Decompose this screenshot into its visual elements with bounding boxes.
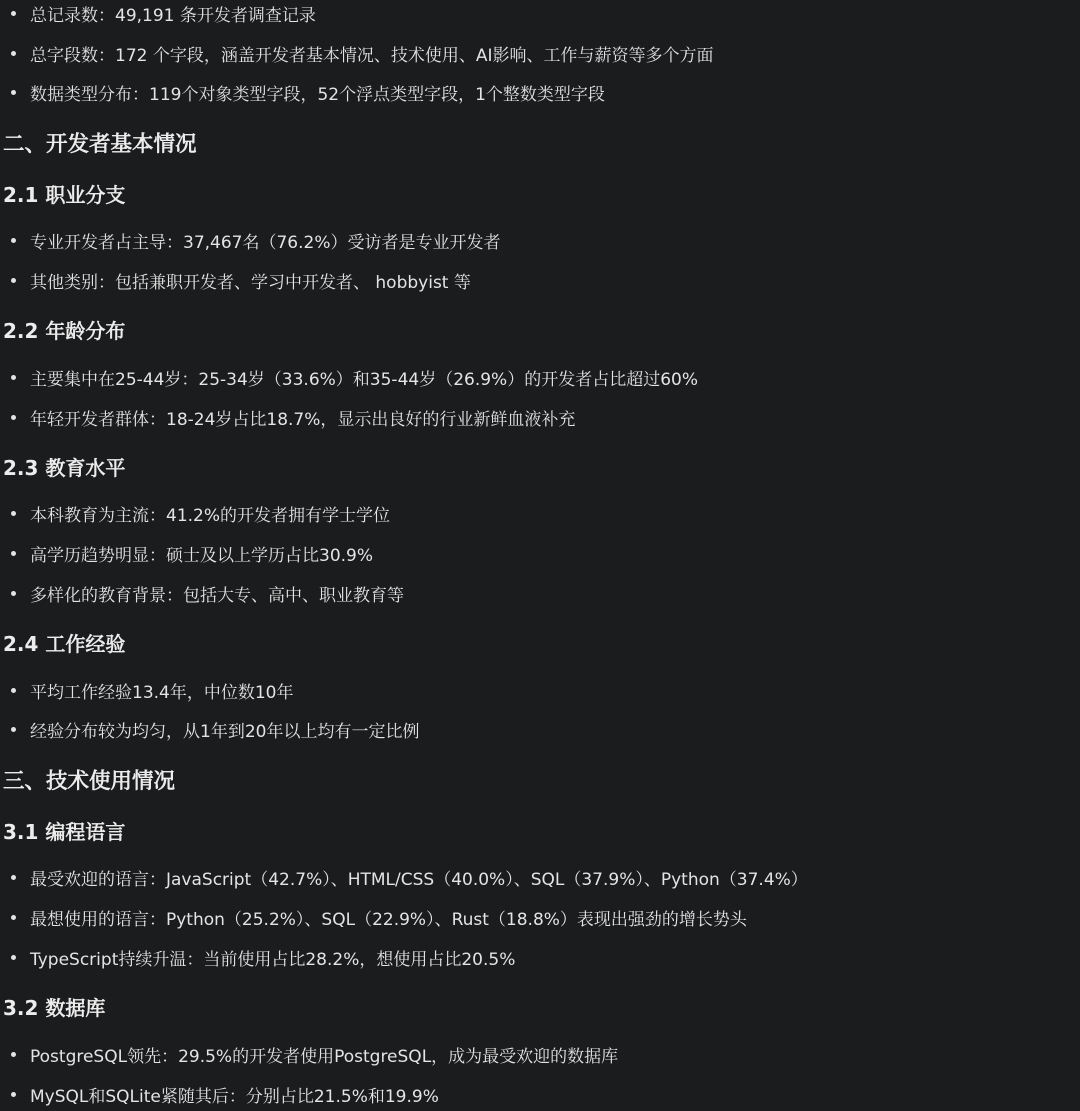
section-heading: 二、开发者基本情况: [3, 127, 197, 158]
list-item-text: 平均工作经验13.4年，中位数10年: [30, 678, 293, 703]
list-item: 高学历趋势明显：硕士及以上学历占比30.9%: [0, 533, 373, 573]
subsection-heading: 2.1 职业分支: [3, 179, 125, 208]
list-item: PostgreSQL领先：29.5%的开发者使用PostgreSQL，成为最受欢…: [0, 1034, 618, 1074]
section-heading: 三、技术使用情况: [3, 764, 175, 795]
list-item: 最受欢迎的语言：JavaScript（42.7%）、HTML/CSS（40.0%…: [0, 857, 808, 897]
list-item: 总记录数：49,191 条开发者调查记录: [0, 0, 316, 33]
bullet-icon: [11, 955, 16, 960]
list-item: 年轻开发者群体：18-24岁占比18.7%，显示出良好的行业新鲜血液补充: [0, 397, 575, 437]
list-item: 数据类型分布：119个对象类型字段，52个浮点类型字段，1个整数类型字段: [0, 72, 605, 112]
subsection-heading: 3.1 编程语言: [3, 816, 125, 845]
list-item-text: 总字段数：172 个字段，涵盖开发者基本情况、技术使用、AI影响、工作与薪资等多…: [30, 41, 714, 66]
bullet-icon: [11, 727, 16, 732]
list-item-text: 多样化的教育背景：包括大专、高中、职业教育等: [30, 581, 404, 606]
list-item: 平均工作经验13.4年，中位数10年: [0, 670, 293, 710]
bullet-icon: [11, 875, 16, 880]
subsection-heading: 3.2 数据库: [3, 992, 105, 1021]
subsection-heading: 2.4 工作经验: [3, 628, 125, 657]
bullet-icon: [11, 238, 16, 243]
bullet-icon: [11, 915, 16, 920]
bullet-icon: [11, 11, 16, 16]
list-item: 经验分布较为均匀，从1年到20年以上均有一定比例: [0, 709, 419, 749]
list-item-text: MySQL和SQLite紧随其后：分别占比21.5%和19.9%: [30, 1082, 439, 1107]
list-item: TypeScript持续升温：当前使用占比28.2%，想使用占比20.5%: [0, 937, 515, 977]
list-item-text: 最想使用的语言：Python（25.2%）、SQL（22.9%）、Rust（18…: [30, 905, 747, 930]
bullet-icon: [11, 1092, 16, 1097]
list-item-text: 本科教育为主流：41.2%的开发者拥有学士学位: [30, 501, 390, 526]
bullet-icon: [11, 51, 16, 56]
list-item-text: 专业开发者占主导：37,467名（76.2%）受访者是专业开发者: [30, 228, 501, 253]
bullet-icon: [11, 375, 16, 380]
bullet-icon: [11, 415, 16, 420]
list-item: 专业开发者占主导：37,467名（76.2%）受访者是专业开发者: [0, 220, 501, 260]
list-item-text: 主要集中在25-44岁：25-34岁（33.6%）和35-44岁（26.9%）的…: [30, 365, 698, 390]
list-item: 最想使用的语言：Python（25.2%）、SQL（22.9%）、Rust（18…: [0, 897, 747, 937]
bullet-icon: [11, 591, 16, 596]
bullet-icon: [11, 278, 16, 283]
list-item: 主要集中在25-44岁：25-34岁（33.6%）和35-44岁（26.9%）的…: [0, 357, 698, 397]
subsection-heading: 2.2 年龄分布: [3, 315, 125, 344]
list-item-text: 其他类别：包括兼职开发者、学习中开发者、 hobbyist 等: [30, 268, 471, 293]
list-item-text: PostgreSQL领先：29.5%的开发者使用PostgreSQL，成为最受欢…: [30, 1042, 618, 1067]
list-item: 本科教育为主流：41.2%的开发者拥有学士学位: [0, 493, 390, 533]
list-item-text: 最受欢迎的语言：JavaScript（42.7%）、HTML/CSS（40.0%…: [30, 865, 808, 890]
list-item-text: TypeScript持续升温：当前使用占比28.2%，想使用占比20.5%: [30, 945, 515, 970]
list-item: 总字段数：172 个字段，涵盖开发者基本情况、技术使用、AI影响、工作与薪资等多…: [0, 33, 714, 73]
bullet-icon: [11, 511, 16, 516]
list-item-text: 经验分布较为均匀，从1年到20年以上均有一定比例: [30, 717, 419, 742]
list-item: MySQL和SQLite紧随其后：分别占比21.5%和19.9%: [0, 1074, 439, 1111]
list-item-text: 总记录数：49,191 条开发者调查记录: [30, 1, 316, 26]
list-item-text: 高学历趋势明显：硕士及以上学历占比30.9%: [30, 541, 373, 566]
list-item: 其他类别：包括兼职开发者、学习中开发者、 hobbyist 等: [0, 260, 471, 300]
bullet-icon: [11, 551, 16, 556]
subsection-heading: 2.3 教育水平: [3, 452, 125, 481]
list-item-text: 年轻开发者群体：18-24岁占比18.7%，显示出良好的行业新鲜血液补充: [30, 405, 575, 430]
list-item: 多样化的教育背景：包括大专、高中、职业教育等: [0, 573, 404, 613]
bullet-icon: [11, 1052, 16, 1057]
bullet-icon: [11, 688, 16, 693]
bullet-icon: [11, 90, 16, 95]
list-item-text: 数据类型分布：119个对象类型字段，52个浮点类型字段，1个整数类型字段: [30, 80, 605, 105]
